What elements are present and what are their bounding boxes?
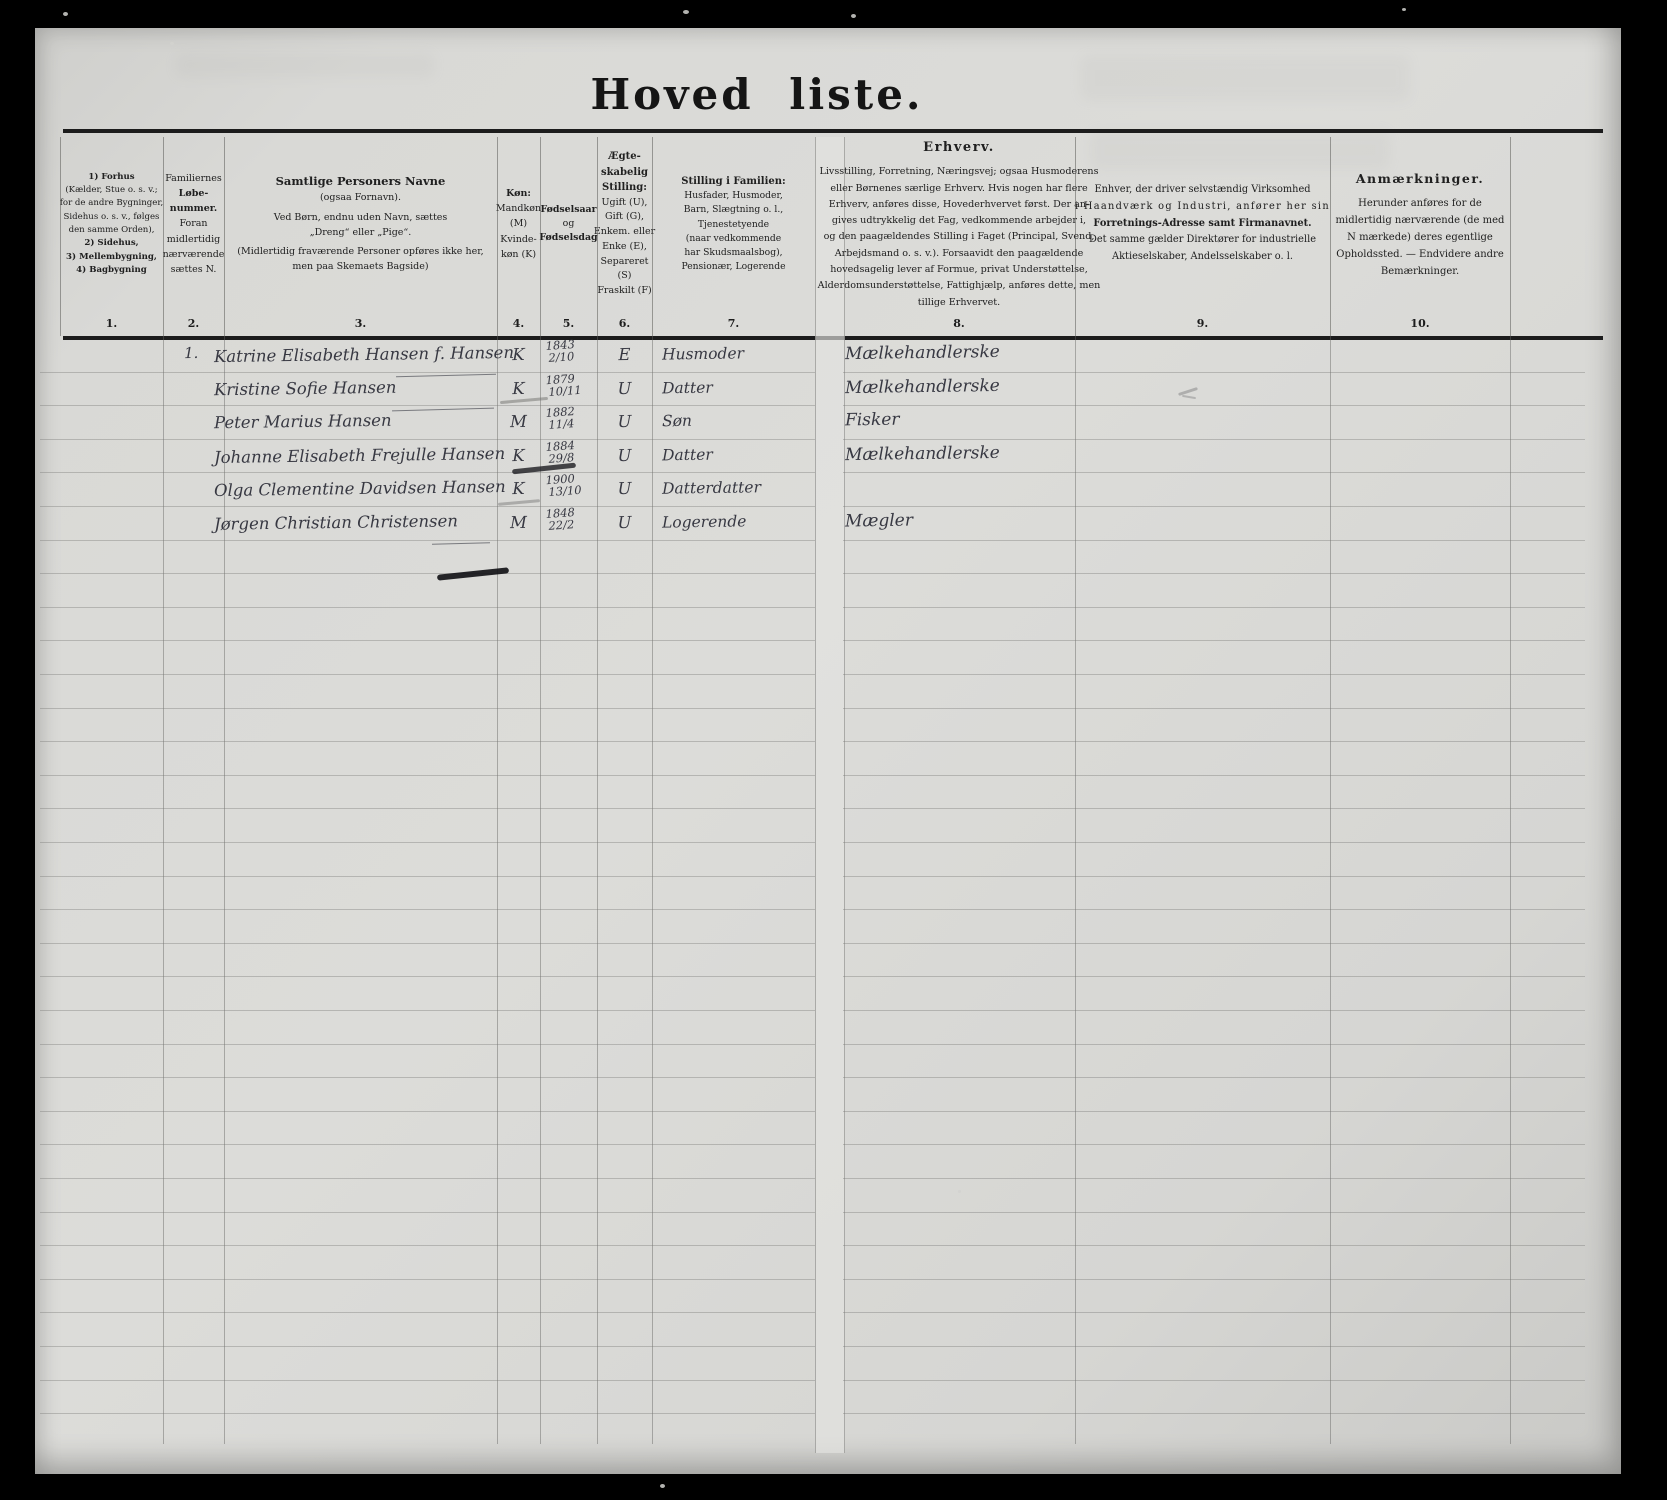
column-header-4: Køn:Mandkøn(M)Kvinde-køn (K)	[497, 139, 540, 309]
header-line: Tjenestetyende	[698, 218, 769, 232]
header-line: Enke (E),	[602, 240, 647, 255]
entry-sex: K	[497, 479, 540, 499]
entry-marital-status: U	[597, 513, 652, 533]
header-line: 4) Bagbygning	[76, 264, 147, 277]
header-line: Løbe-	[179, 186, 209, 201]
header-line: (naar vedkommende	[686, 232, 781, 246]
entry-sex: K	[497, 345, 540, 365]
entry-occupation: Fisker	[845, 410, 900, 431]
entry-marital-status: U	[597, 412, 652, 432]
header-line: Anmærkninger.	[1356, 168, 1484, 189]
entry-name: Peter Marius Hansen	[214, 411, 392, 432]
grid-vertical-line	[163, 336, 164, 1444]
header-line: Barn, Slægtning o. l.,	[684, 203, 783, 217]
grid-row-line	[843, 1044, 1585, 1045]
entry-sex: K	[497, 445, 540, 465]
grid-row-line	[843, 1111, 1585, 1112]
grid-row-line	[40, 1178, 815, 1179]
header-line: Stilling i Familien:	[681, 174, 785, 190]
grid-row-line	[843, 607, 1585, 608]
grid-row-line	[40, 674, 815, 675]
entry-marital-status: E	[597, 345, 652, 365]
header-line: 1) Forhus	[88, 171, 134, 184]
entry-occupation: Mægler	[845, 511, 913, 532]
header-line: Stilling:	[602, 180, 647, 196]
header-line: „Dreng“ eller „Pige“.	[310, 226, 412, 241]
header-line: gives udtrykkelig det Fag, vedkommende a…	[832, 213, 1086, 229]
column-number-7: 7.	[652, 314, 815, 334]
grid-row-line	[843, 943, 1585, 944]
header-line: nærværende	[163, 247, 225, 262]
grid-row-line	[40, 1312, 815, 1313]
grid-row-line	[843, 775, 1585, 776]
grid-row-line	[40, 976, 815, 977]
header-line: 3) Mellembygning,	[66, 251, 157, 264]
ink-bleed-ghost	[1080, 55, 1410, 101]
column-number-1: 1.	[60, 314, 163, 334]
header-line: Alderdomsunderstøttelse, Fattighjælp, an…	[818, 278, 1101, 294]
header-line: Enhver, der driver selvstændig Virksomhe…	[1094, 182, 1310, 199]
column-number-9: 9.	[1075, 314, 1330, 334]
header-line: nummer.	[170, 201, 217, 216]
grid-vertical-line	[540, 137, 541, 336]
column-header-3: Samtlige Personers Navne(ogsaa Fornavn).…	[224, 139, 497, 309]
grid-row-line	[40, 640, 815, 641]
header-line: sættes N.	[171, 262, 217, 277]
header-line: (ogsaa Fornavn).	[320, 191, 401, 206]
column-header-1: 1) Forhus(Kælder, Stue o. s. v.;for de a…	[60, 139, 163, 309]
grid-vertical-line	[597, 336, 598, 1444]
entry-birthdate: 190013/10	[545, 472, 582, 498]
entry-occupation: Mælkehandlerske	[845, 342, 1000, 364]
column-header-10: Anmærkninger.Herunder anføres for demidl…	[1330, 139, 1510, 309]
column-header-9: Enhver, der driver selvstændig Virksomhe…	[1075, 139, 1330, 309]
grid-row-line	[40, 943, 815, 944]
grid-vertical-line	[224, 336, 225, 1444]
header-line: Herunder anføres for de	[1358, 195, 1482, 212]
grid-row-line	[843, 876, 1585, 877]
entry-birthdate: 187910/11	[545, 371, 582, 397]
header-line: (M)	[510, 216, 527, 231]
grid-row-line	[843, 741, 1585, 742]
grid-vertical-line	[1075, 137, 1076, 336]
entry-name: Kristine Sofie Hansen	[214, 377, 397, 399]
entry-birth-day: 2/10	[548, 350, 576, 364]
header-line: Aktieselskaber, Andelsselskaber o. l.	[1112, 249, 1293, 266]
header-line: Fraskilt (F)	[597, 284, 651, 299]
grid-row-line	[843, 1380, 1585, 1381]
grid-vertical-line	[60, 137, 61, 336]
header-line: Erhverv, anføres disse, Hovederhvervet f…	[829, 197, 1090, 213]
header-line: i Haandværk og Industri, anfører her sin	[1075, 199, 1330, 216]
grid-row-line	[40, 1279, 815, 1280]
grid-row-line	[40, 909, 815, 910]
ink-bleed-ghost	[175, 52, 435, 78]
entry-name: Johanne Elisabeth Frejulle Hansen	[214, 444, 505, 467]
header-line: Separeret	[600, 255, 648, 270]
column-number-10: 10.	[1330, 314, 1510, 334]
grid-row-line	[40, 842, 815, 843]
grid-row-line	[40, 506, 815, 507]
grid-row-line	[40, 708, 815, 709]
entry-birth-day: 22/2	[548, 518, 576, 532]
header-line: Arbejdsmand o. s. v.). Forsaavidt den pa…	[835, 246, 1084, 262]
scanned-census-page: Hoved liste. 1) Forhus(Kælder, Stue o. s…	[0, 0, 1667, 1500]
entry-family-number: 1.	[184, 344, 199, 362]
header-line: midlertidig	[167, 232, 220, 247]
grid-row-line	[40, 1212, 815, 1213]
grid-row-line	[843, 1010, 1585, 1011]
header-line: køn (K)	[501, 247, 536, 262]
grid-row-line	[843, 1279, 1585, 1280]
grid-row-line	[843, 1245, 1585, 1246]
header-line: Fødselsdag	[539, 231, 597, 245]
entry-family-position: Datter	[662, 445, 713, 464]
column-number-5: 5.	[540, 314, 597, 334]
dust-speck	[958, 1190, 961, 1193]
grid-row-line	[843, 1144, 1585, 1145]
grid-row-line	[843, 573, 1585, 574]
header-line: (Midlertidig fraværende Personer opføres…	[237, 245, 483, 260]
page-title: Hoved liste.	[557, 70, 957, 119]
header-line: for de andre Bygninger,	[60, 197, 164, 210]
grid-vertical-line	[163, 137, 164, 336]
grid-row-line	[40, 573, 815, 574]
header-line: Livsstilling, Forretning, Næringsvej; og…	[819, 164, 1098, 180]
header-line: Det samme gælder Direktører for industri…	[1089, 232, 1316, 249]
grid-vertical-line	[540, 336, 541, 1444]
header-line: tillige Erhvervet.	[918, 295, 1000, 311]
entry-marital-status: U	[597, 378, 652, 398]
grid-row-line	[843, 808, 1585, 809]
column-header-5: FødselsaarogFødselsdag	[540, 139, 597, 309]
grid-row-line	[40, 876, 815, 877]
grid-row-line	[843, 976, 1585, 977]
grid-row-line	[843, 372, 1585, 373]
column-number-2: 2.	[163, 314, 224, 334]
header-line: Bemærkninger.	[1381, 263, 1459, 280]
entry-name: Jørgen Christian Christensen	[214, 511, 458, 533]
header-line: Fødselsaar	[540, 203, 596, 217]
dust-speck	[170, 42, 174, 45]
header-line: (S)	[618, 269, 632, 284]
grid-row-line	[843, 1212, 1585, 1213]
header-line: men paa Skemaets Bagside)	[292, 260, 428, 275]
header-line: Erhverv.	[923, 137, 995, 159]
entry-sex: M	[497, 412, 540, 432]
grid-row-line	[40, 808, 815, 809]
grid-row-line	[40, 1077, 815, 1078]
header-line: Mandkøn	[496, 201, 541, 216]
dust-speck	[683, 10, 689, 14]
grid-row-line	[40, 1346, 815, 1347]
header-line: og den paagældendes Stilling i Faget (Pr…	[824, 229, 1095, 245]
grid-row-line	[843, 842, 1585, 843]
grid-vertical-line	[597, 137, 598, 336]
column-header-7: Stilling i Familien:Husfader, Husmoder,B…	[652, 139, 815, 309]
entry-birthdate: 184822/2	[545, 506, 576, 532]
column-header-2: FamiliernesLøbe-nummer.Foranmidlertidign…	[163, 139, 224, 309]
grid-vertical-line	[497, 137, 498, 336]
grid-row-line	[40, 741, 815, 742]
header-line: Forretnings-Adresse samt Firmanavnet.	[1093, 216, 1311, 233]
header-line: Kvinde-	[500, 232, 537, 247]
entry-family-position: Søn	[662, 412, 692, 430]
header-line: Køn:	[506, 186, 531, 201]
entry-marital-status: U	[597, 479, 652, 499]
grid-vertical-line	[224, 137, 225, 336]
page-fold	[815, 137, 845, 1453]
grid-row-line	[40, 1413, 815, 1414]
column-number-6: 6.	[597, 314, 652, 334]
title-rule	[63, 129, 1603, 133]
entry-sex: M	[497, 513, 540, 533]
header-line: den samme Orden),	[69, 224, 155, 237]
grid-row-line	[843, 1346, 1585, 1347]
header-line: Ugift (U),	[602, 196, 648, 211]
grid-row-line	[40, 1245, 815, 1246]
grid-row-line	[40, 472, 815, 473]
grid-row-line	[843, 540, 1585, 541]
entry-birth-day: 11/4	[548, 417, 576, 431]
grid-row-line	[40, 439, 815, 440]
entry-birthdate: 188429/8	[545, 439, 576, 465]
header-line: hovedsagelig lever af Formue, privat Und…	[830, 262, 1088, 278]
column-number-8: 8.	[843, 314, 1075, 334]
grid-row-line	[843, 1413, 1585, 1414]
grid-row-line	[40, 607, 815, 608]
grid-row-line	[843, 708, 1585, 709]
header-line: skabelig	[601, 165, 648, 181]
entry-family-position: Husmoder	[662, 344, 744, 363]
grid-vertical-line	[1510, 336, 1511, 1444]
entry-sex: K	[497, 378, 540, 398]
dust-speck	[660, 1484, 665, 1488]
header-line: Opholdssted. — Endvidere andre	[1336, 246, 1504, 263]
grid-row-line	[843, 909, 1585, 910]
header-line: og	[563, 217, 575, 231]
grid-row-line	[843, 405, 1585, 406]
grid-row-line	[843, 439, 1585, 440]
header-line: Gift (G),	[605, 210, 644, 225]
header-line: Sidehus o. s. v., følges	[64, 211, 160, 224]
grid-row-line	[40, 775, 815, 776]
grid-row-line	[40, 405, 815, 406]
grid-row-line	[843, 640, 1585, 641]
entry-birthdate: 188211/4	[545, 405, 576, 431]
header-line: Enkem. eller	[594, 225, 655, 240]
entry-family-position: Datter	[662, 378, 713, 397]
grid-row-line	[40, 372, 815, 373]
header-line: Pensionær, Logerende	[681, 260, 785, 274]
header-line: 2) Sidehus,	[84, 237, 138, 250]
entry-birth-day: 13/10	[548, 484, 582, 498]
grid-row-line	[40, 1380, 815, 1381]
header-line: Foran	[179, 216, 207, 231]
header-line: N mærkede) deres egentlige	[1347, 229, 1493, 246]
entry-occupation: Mælkehandlerske	[845, 443, 1000, 465]
grid-row-line	[843, 1178, 1585, 1179]
entry-birthdate: 18432/10	[545, 338, 576, 364]
grid-vertical-line	[1330, 137, 1331, 336]
grid-row-line	[843, 1077, 1585, 1078]
entry-occupation: Mælkehandlerske	[845, 376, 1000, 398]
grid-row-line	[843, 472, 1585, 473]
header-line: Familiernes	[165, 171, 222, 186]
grid-row-line	[843, 506, 1585, 507]
grid-vertical-line	[652, 336, 653, 1444]
grid-vertical-line	[1075, 336, 1076, 1444]
entry-marital-status: U	[597, 445, 652, 465]
header-line: har Skudsmaalsbog),	[684, 246, 782, 260]
header-line: midlertidig nærværende (de med	[1336, 212, 1505, 229]
grid-vertical-line	[1510, 137, 1511, 336]
entry-family-position: Datterdatter	[662, 479, 761, 498]
grid-row-line	[40, 1044, 815, 1045]
header-line: (Kælder, Stue o. s. v.;	[65, 184, 157, 197]
column-number-3: 3.	[224, 314, 497, 334]
column-header-8: Erhverv.Livsstilling, Forretning, Næring…	[843, 139, 1075, 309]
column-number-4: 4.	[497, 314, 540, 334]
column-header-6: Ægte-skabeligStilling:Ugift (U),Gift (G)…	[597, 139, 652, 309]
entry-birth-day: 10/11	[548, 383, 582, 397]
grid-row-line	[40, 1010, 815, 1011]
header-line: Ved Børn, endnu uden Navn, sættes	[274, 211, 448, 226]
grid-vertical-line	[652, 137, 653, 336]
dust-speck	[1402, 8, 1406, 11]
entry-family-position: Logerende	[662, 512, 747, 531]
grid-row-line	[843, 674, 1585, 675]
dust-speck	[851, 14, 856, 18]
grid-row-line	[843, 1312, 1585, 1313]
grid-row-line	[40, 1111, 815, 1112]
dust-speck	[63, 12, 68, 16]
grid-row-line	[40, 540, 815, 541]
header-line: Husfader, Husmoder,	[684, 189, 783, 203]
header-line: Samtlige Personers Navne	[276, 173, 446, 191]
grid-vertical-line	[1330, 336, 1331, 1444]
header-line: eller Børnenes særlige Erhverv. Hvis nog…	[830, 181, 1087, 197]
header-line: Ægte-	[608, 149, 640, 165]
grid-row-line	[40, 1144, 815, 1145]
